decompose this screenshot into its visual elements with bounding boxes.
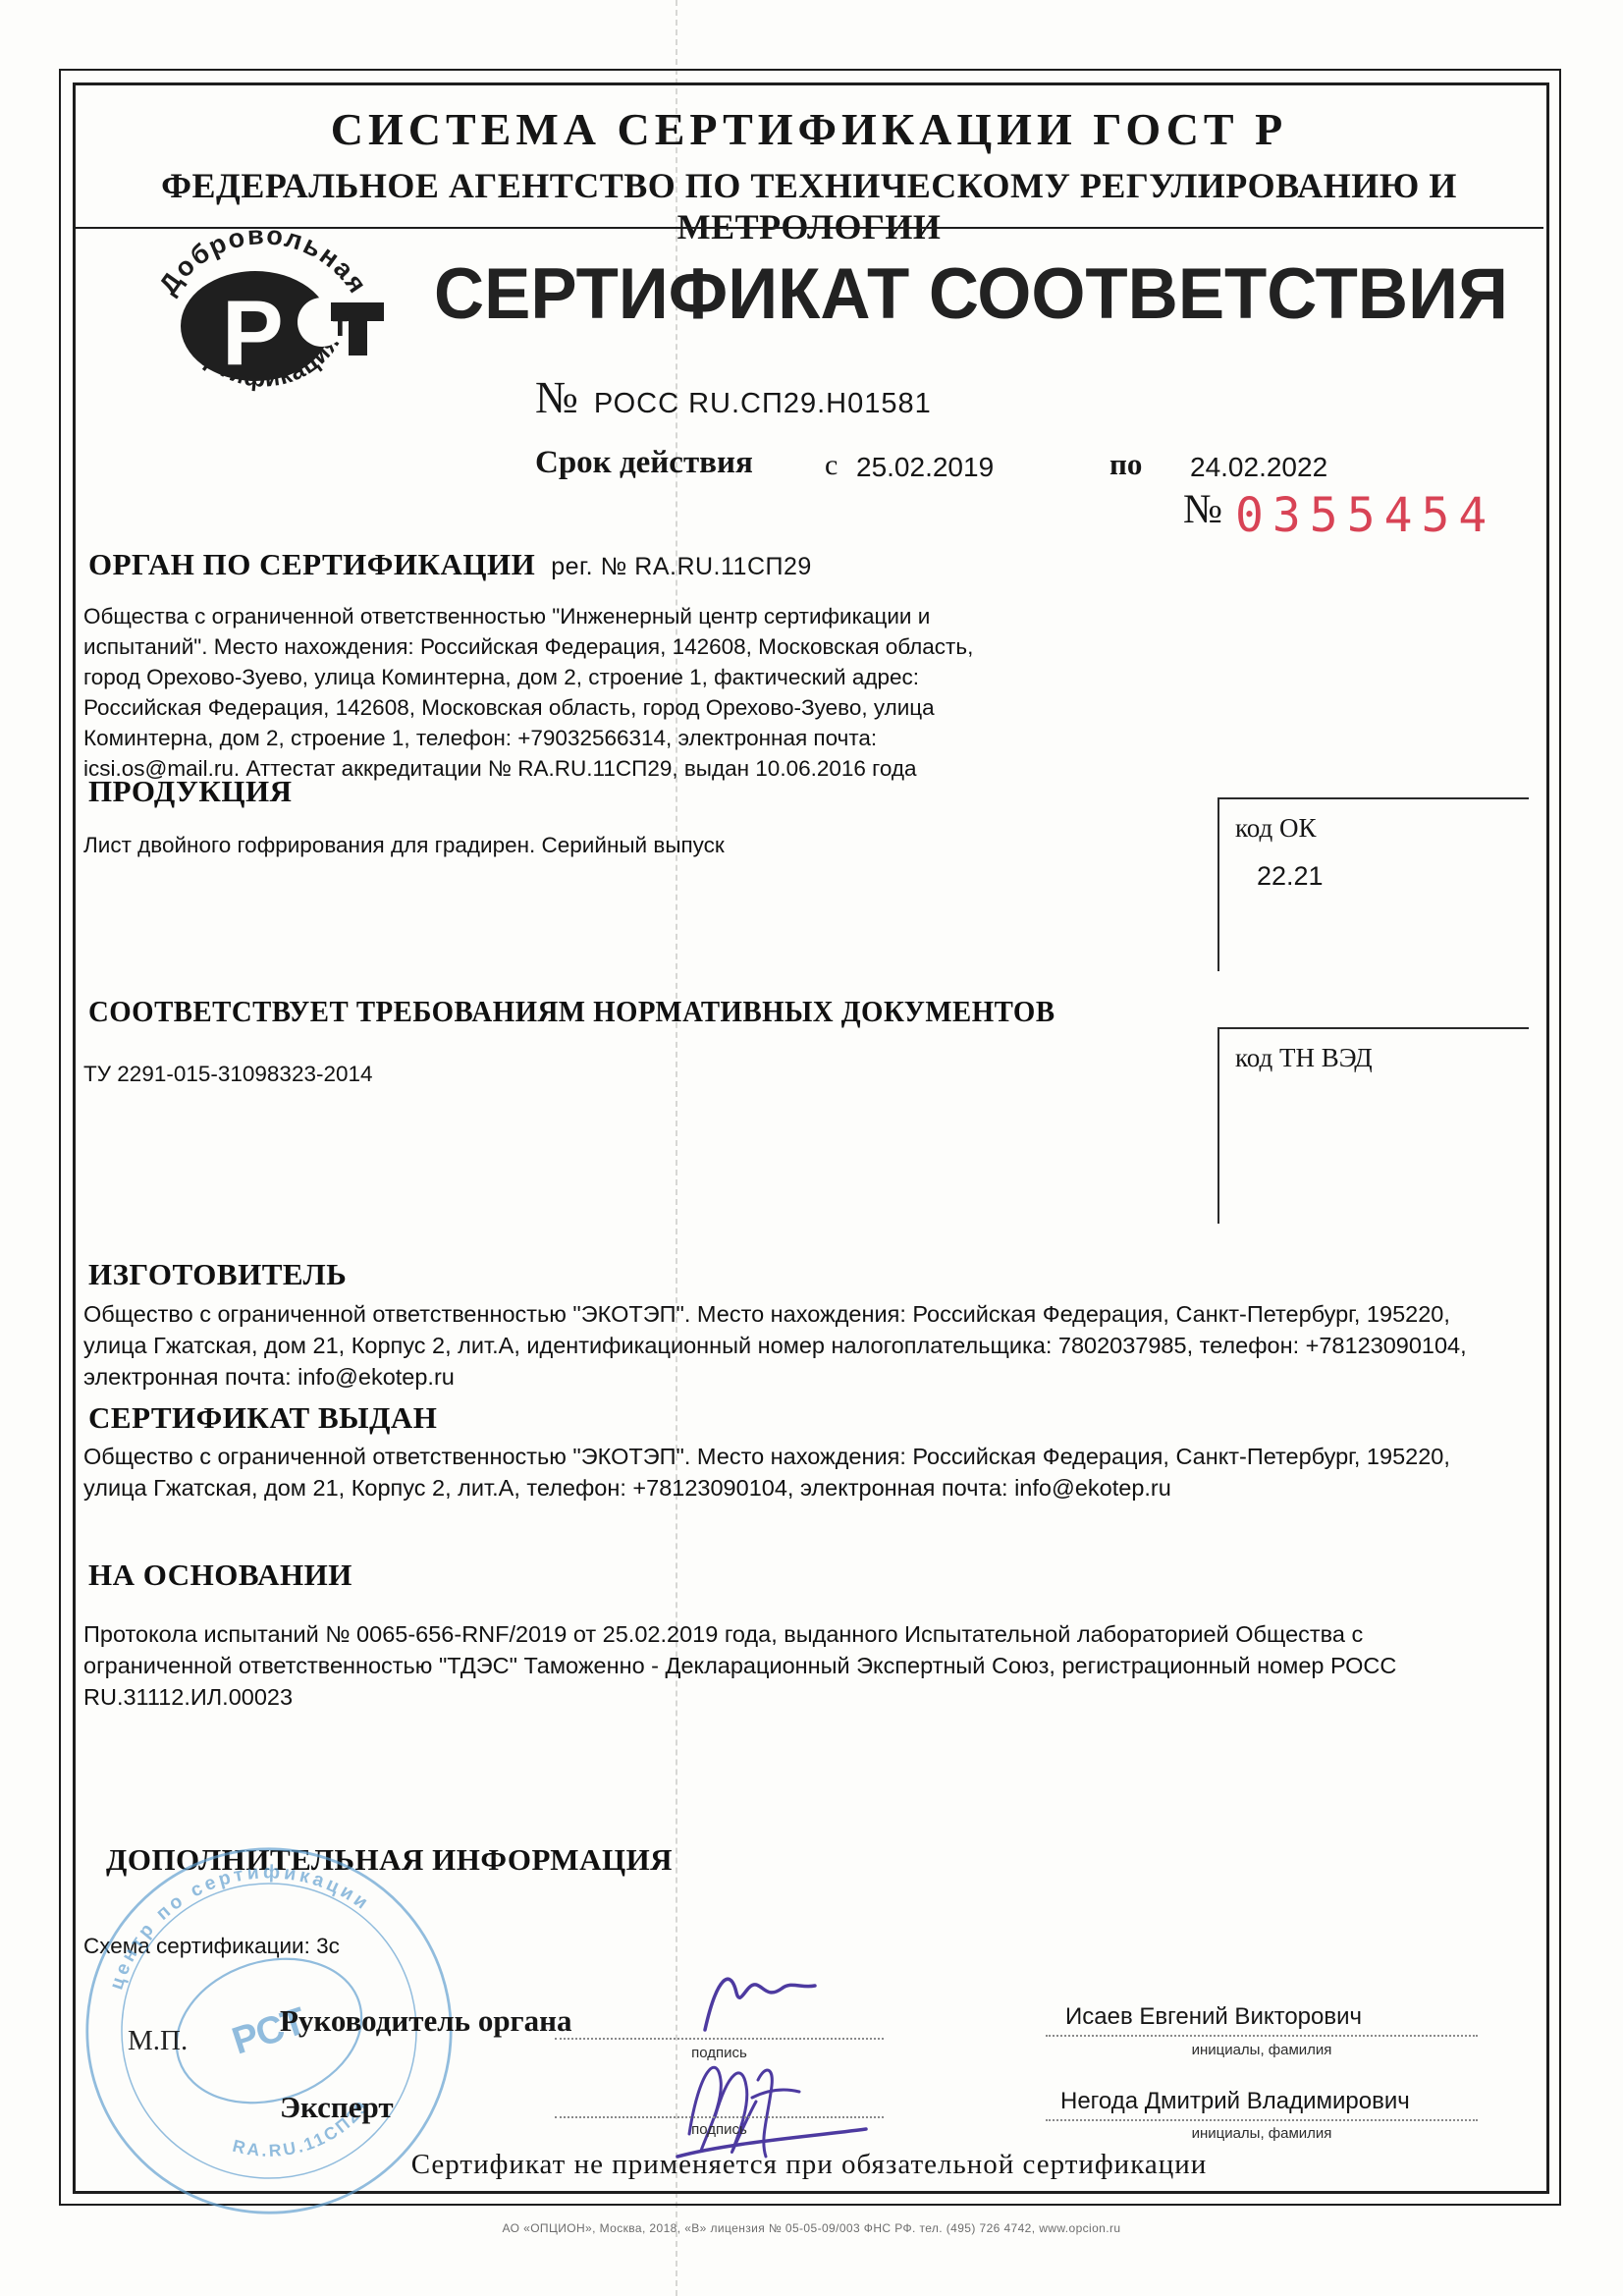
no-sign: № [535, 371, 578, 423]
head-name-caption: инициалы, фамилия [1046, 2042, 1478, 2058]
product-text: Лист двойного гофрирования для градирен.… [83, 830, 1065, 860]
expert-name-caption: инициалы, фамилия [1046, 2125, 1478, 2142]
stamp-place-label: М.П. [128, 2025, 188, 2057]
expert-role-label: Эксперт [280, 2090, 394, 2125]
tnved-code-label: код ТН ВЭД [1219, 1029, 1529, 1073]
print-info: АО «ОПЦИОН», Москва, 2018, «В» лицензия … [0, 2221, 1623, 2235]
logo-letter-p: Р [222, 281, 284, 384]
ok-code-box: код ОК 22.21 [1217, 797, 1529, 971]
head-role-label: Руководитель органа [280, 2003, 572, 2039]
issued-to-text: Общество с ограниченной ответственностью… [83, 1441, 1502, 1503]
ok-code-label: код ОК [1219, 799, 1529, 844]
tnved-code-box: код ТН ВЭД [1217, 1027, 1529, 1224]
validity-label: Срок действия [535, 445, 753, 481]
validity-from-date: 25.02.2019 [856, 452, 994, 483]
certification-body-text: Общества с ограниченной ответственностью… [83, 601, 1034, 784]
expert-name-line [1046, 2119, 1478, 2121]
certification-body-reg: рег. № RA.RU.11СП29 [551, 553, 812, 581]
manufacturer-text: Общество с ограниченной ответственностью… [83, 1298, 1502, 1393]
validity-to-label: по [1109, 447, 1142, 482]
head-signature-icon [687, 1959, 884, 2048]
gost-r-logo-icon: Добровольная сертификация Р т [130, 179, 397, 446]
basis-title: НА ОСНОВАНИИ [88, 1558, 352, 1593]
product-title: ПРОДУКЦИЯ [88, 774, 292, 809]
system-title: СИСТЕМА СЕРТИФИКАЦИИ ГОСТ Р [73, 103, 1545, 155]
certificate-number-row: № РОСС RU.СП29.Н01581 [535, 371, 932, 423]
manufacturer-title: ИЗГОТОВИТЕЛЬ [88, 1257, 347, 1292]
document-title: СЕРТИФИКАТ СООТВЕТСТВИЯ [434, 253, 1508, 335]
validity-to-date: 24.02.2022 [1190, 452, 1327, 483]
expert-signature-caption: подпись [555, 2121, 884, 2138]
conformity-title: СООТВЕТСТВУЕТ ТРЕБОВАНИЯМ НОРМАТИВНЫХ ДО… [88, 994, 1055, 1029]
expert-name: Негода Дмитрий Владимирович [1060, 2088, 1410, 2115]
validity-from-label: с [825, 449, 838, 482]
certification-body-title: ОРГАН ПО СЕРТИФИКАЦИИ [88, 547, 535, 582]
head-name-line [1046, 2035, 1478, 2037]
ok-code-value: 22.21 [1219, 844, 1529, 892]
head-name: Исаев Евгений Викторович [1065, 2003, 1362, 2031]
issued-to-title: СЕРТИФИКАТ ВЫДАН [88, 1400, 437, 1436]
certificate-page: СИСТЕМА СЕРТИФИКАЦИИ ГОСТ Р ФЕДЕРАЛЬНОЕ … [0, 0, 1623, 2296]
tnved-code-value [1219, 1073, 1529, 1091]
blank-number: 0355454 [1235, 488, 1495, 543]
certification-body-header: ОРГАН ПО СЕРТИФИКАЦИИ рег. № RA.RU.11СП2… [88, 547, 812, 582]
footer-note: Сертификат не применяется при обязательн… [73, 2149, 1545, 2181]
expert-signature-line [555, 2116, 884, 2118]
basis-text: Протокола испытаний № 0065-656-RNF/2019 … [83, 1618, 1512, 1713]
certificate-number: РОСС RU.СП29.Н01581 [594, 388, 932, 420]
conformity-text: ТУ 2291-015-31098323-2014 [83, 1059, 967, 1089]
logo-letter-t: т [332, 306, 349, 344]
blank-no-sign: № [1183, 486, 1222, 533]
head-signature-line [555, 2038, 884, 2040]
